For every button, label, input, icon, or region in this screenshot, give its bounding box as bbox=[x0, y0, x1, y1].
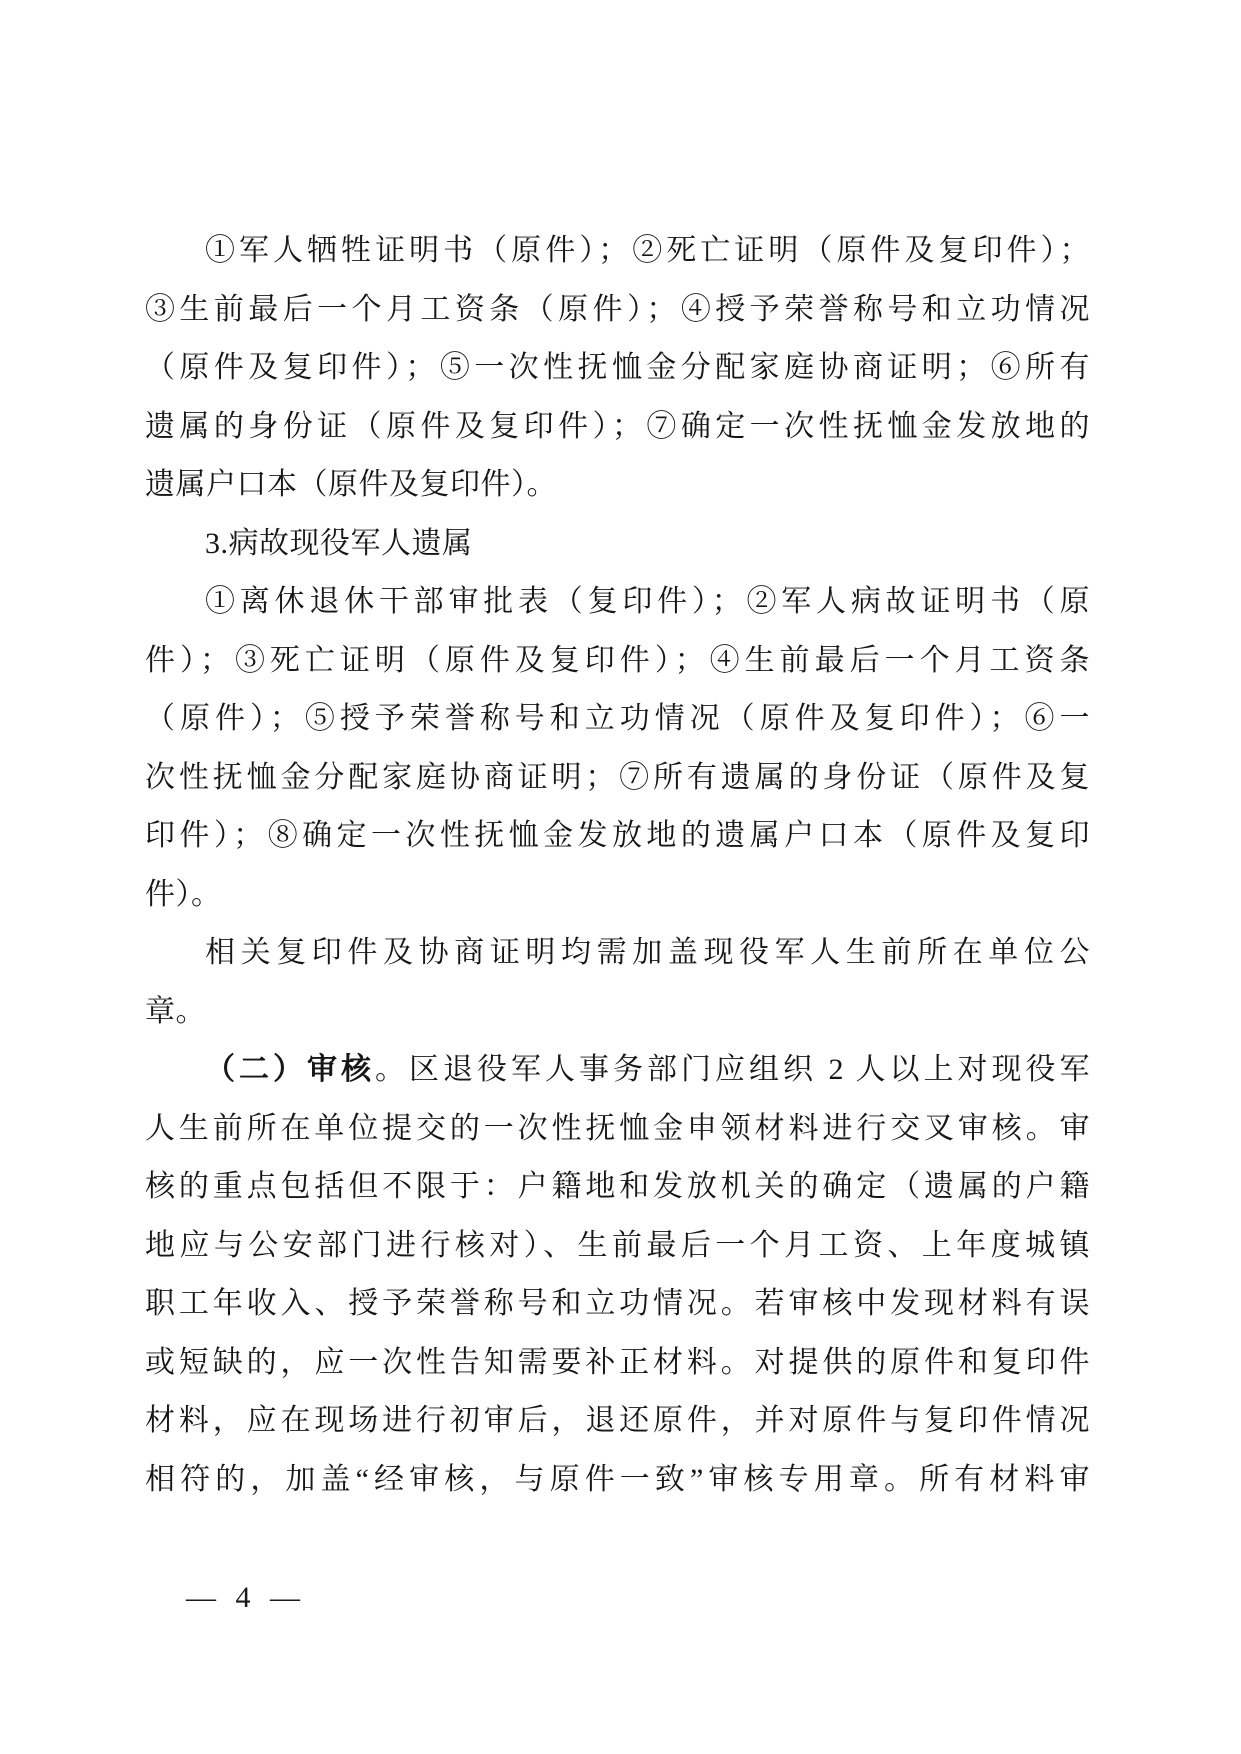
text-run: ①军人牺牲证明书（原件）；②死亡证明（原件及复印件）； bbox=[205, 234, 1090, 267]
text-run: 核的重点包括但不限于：户籍地和发放机关的确定（遗属的户籍 bbox=[145, 1170, 1090, 1203]
text-line: 次性抚恤金分配家庭协商证明；⑦所有遗属的身份证（原件及复 bbox=[145, 749, 1090, 808]
text-line: ③生前最后一个月工资条（原件）；④授予荣誉称号和立功情况 bbox=[145, 281, 1090, 340]
text-run: 章。 bbox=[145, 995, 206, 1028]
text-line: 人生前所在单位提交的一次性抚恤金申领材料进行交叉审核。审 bbox=[145, 1100, 1090, 1159]
text-run: 件）；③死亡证明（原件及复印件）；④生前最后一个月工资条 bbox=[145, 644, 1090, 677]
text-line: 遗属户口本（原件及复印件）。 bbox=[145, 456, 1090, 515]
text-run: 或短缺的，应一次性告知需要补正材料。对提供的原件和复印件 bbox=[145, 1346, 1090, 1379]
text-line: 地应与公安部门进行核对）、生前最后一个月工资、上年度城镇 bbox=[145, 1217, 1090, 1276]
text-run: ③生前最后一个月工资条（原件）；④授予荣誉称号和立功情况 bbox=[145, 293, 1090, 326]
text-run: 职工年收入、授予荣誉称号和立功情况。若审核中发现材料有误 bbox=[145, 1287, 1090, 1320]
text-line: （二）审核。区退役军人事务部门应组织 2 人以上对现役军 bbox=[145, 1041, 1090, 1100]
text-line: 件）；③死亡证明（原件及复印件）；④生前最后一个月工资条 bbox=[145, 632, 1090, 691]
document-lines: ①军人牺牲证明书（原件）；②死亡证明（原件及复印件）；③生前最后一个月工资条（原… bbox=[145, 222, 1090, 1509]
document-page: ①军人牺牲证明书（原件）；②死亡证明（原件及复印件）；③生前最后一个月工资条（原… bbox=[0, 0, 1241, 1754]
text-line: 件）。 bbox=[145, 866, 1090, 925]
text-line: 3.病故现役军人遗属 bbox=[145, 515, 1090, 574]
text-run: ①离休退休干部审批表（复印件）；②军人病故证明书（原 bbox=[205, 585, 1090, 618]
text-line: ①离休退休干部审批表（复印件）；②军人病故证明书（原 bbox=[145, 573, 1090, 632]
text-run: 人生前所在单位提交的一次性抚恤金申领材料进行交叉审核。审 bbox=[145, 1112, 1090, 1145]
text-run: 相符的，加盖“经审核，与原件一致”审核专用章。所有材料审 bbox=[145, 1463, 1090, 1496]
text-line: 相符的，加盖“经审核，与原件一致”审核专用章。所有材料审 bbox=[145, 1451, 1090, 1510]
text-run: 。区退役军人事务部门应组织 2 人以上对现役军 bbox=[375, 1053, 1090, 1086]
text-run: 印件）；⑧确定一次性抚恤金发放地的遗属户口本（原件及复印 bbox=[145, 819, 1090, 852]
section-heading: （二）审核 bbox=[205, 1053, 375, 1086]
text-run: 相关复印件及协商证明均需加盖现役军人生前所在单位公 bbox=[205, 936, 1090, 969]
text-line: 印件）；⑧确定一次性抚恤金发放地的遗属户口本（原件及复印 bbox=[145, 807, 1090, 866]
text-run: （原件及复印件）；⑤一次性抚恤金分配家庭协商证明；⑥所有 bbox=[145, 351, 1090, 384]
text-line: 或短缺的，应一次性告知需要补正材料。对提供的原件和复印件 bbox=[145, 1334, 1090, 1393]
text-line: 材料，应在现场进行初审后，退还原件，并对原件与复印件情况 bbox=[145, 1392, 1090, 1451]
text-line: 遗属的身份证（原件及复印件）；⑦确定一次性抚恤金发放地的 bbox=[145, 398, 1090, 457]
text-line: 核的重点包括但不限于：户籍地和发放机关的确定（遗属的户籍 bbox=[145, 1158, 1090, 1217]
text-run: 件）。 bbox=[145, 878, 222, 911]
text-run: 3.病故现役军人遗属 bbox=[205, 527, 473, 560]
text-line: 章。 bbox=[145, 983, 1090, 1042]
text-line: 职工年收入、授予荣誉称号和立功情况。若审核中发现材料有误 bbox=[145, 1275, 1090, 1334]
text-run: 材料，应在现场进行初审后，退还原件，并对原件与复印件情况 bbox=[145, 1404, 1090, 1437]
text-run: 遗属户口本（原件及复印件）。 bbox=[145, 468, 557, 501]
text-line: （原件）；⑤授予荣誉称号和立功情况（原件及复印件）；⑥一 bbox=[145, 690, 1090, 749]
text-line: （原件及复印件）；⑤一次性抚恤金分配家庭协商证明；⑥所有 bbox=[145, 339, 1090, 398]
text-run: 地应与公安部门进行核对）、生前最后一个月工资、上年度城镇 bbox=[145, 1229, 1090, 1262]
page-number: — 4 — bbox=[186, 1580, 300, 1616]
text-line: 相关复印件及协商证明均需加盖现役军人生前所在单位公 bbox=[145, 924, 1090, 983]
text-line: ①军人牺牲证明书（原件）；②死亡证明（原件及复印件）； bbox=[145, 222, 1090, 281]
text-run: 次性抚恤金分配家庭协商证明；⑦所有遗属的身份证（原件及复 bbox=[145, 761, 1090, 794]
text-run: 遗属的身份证（原件及复印件）；⑦确定一次性抚恤金发放地的 bbox=[145, 410, 1090, 443]
text-run: （原件）；⑤授予荣誉称号和立功情况（原件及复印件）；⑥一 bbox=[145, 702, 1090, 735]
